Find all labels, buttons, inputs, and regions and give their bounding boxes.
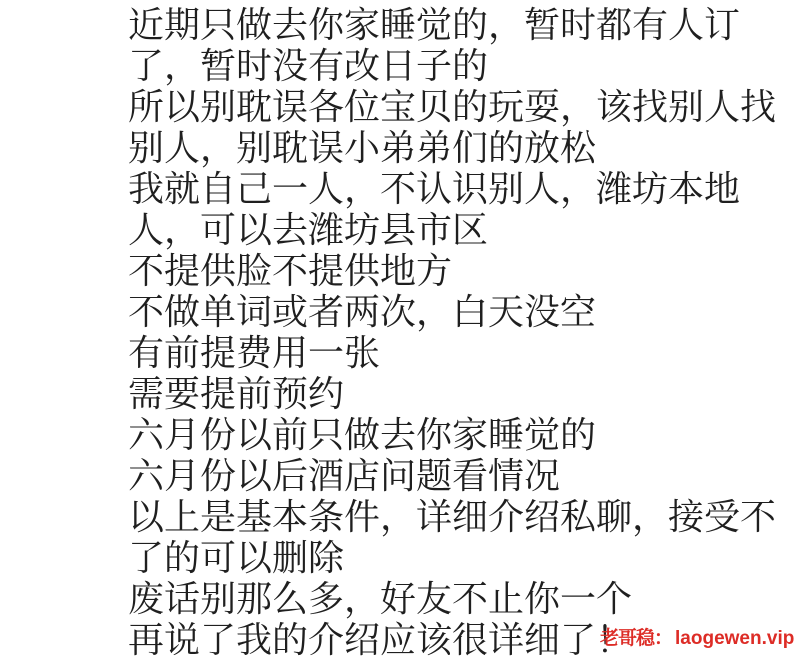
text-line: 废话别那么多，好友不止你一个 — [128, 578, 796, 619]
watermark-site-url: laogewen.vip — [675, 628, 794, 650]
text-line: 所以别耽误各位宝贝的玩耍，该找别人找 — [128, 86, 796, 127]
text-line: 有前提费用一张 — [128, 332, 796, 373]
watermark-brand: 老哥稳： — [600, 628, 672, 650]
text-line: 我就自己一人，不认识别人，潍坊本地 — [128, 168, 796, 209]
text-block: 近期只做去你家睡觉的，暂时都有人订 了，暂时没有改日子的 所以别耽误各位宝贝的玩… — [128, 4, 796, 660]
text-line: 了的可以删除 — [128, 537, 796, 578]
text-line: 六月份以前只做去你家睡觉的 — [128, 414, 796, 455]
text-line: 了，暂时没有改日子的 — [128, 45, 796, 86]
text-line: 不做单词或者两次，白天没空 — [128, 291, 796, 332]
watermark: 老哥稳： laogewen.vip — [600, 628, 794, 650]
text-line: 不提供脸不提供地方 — [128, 250, 796, 291]
text-line: 六月份以后酒店问题看情况 — [128, 455, 796, 496]
text-line: 以上是基本条件，详细介绍私聊，接受不 — [128, 496, 796, 537]
text-line: 人，可以去潍坊县市区 — [128, 209, 796, 250]
text-line: 别人，别耽误小弟弟们的放松 — [128, 127, 796, 168]
text-line: 需要提前预约 — [128, 373, 796, 414]
text-line: 近期只做去你家睡觉的，暂时都有人订 — [128, 4, 796, 45]
